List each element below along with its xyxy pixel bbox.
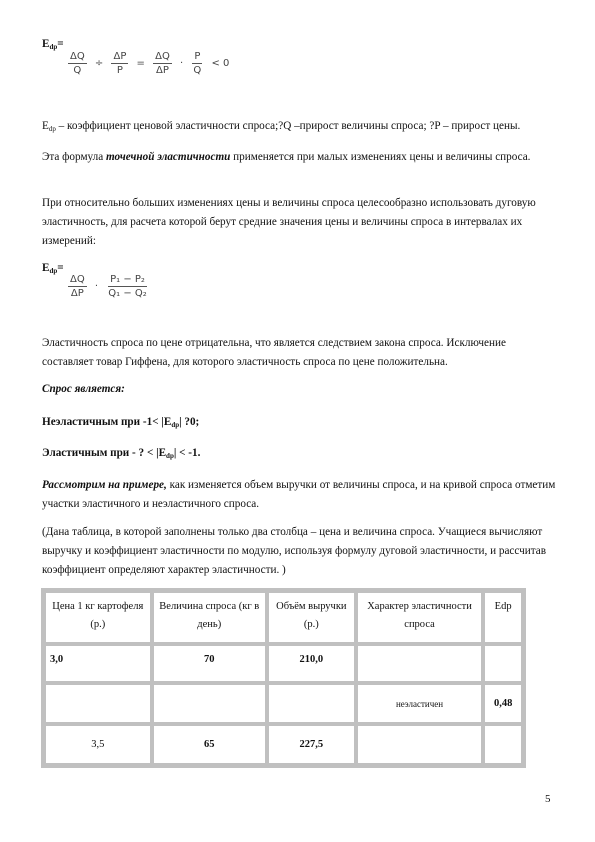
definition-text: Edp – коэффициент ценовой эластичности с…: [42, 117, 557, 136]
arc-elasticity-paragraph: При относительно больших изменениях цены…: [42, 194, 557, 251]
cell-revenue: [267, 683, 356, 724]
formula2-label: Edp=: [42, 262, 64, 274]
cell-elasticity-type: [356, 644, 483, 683]
cell-edp: [483, 644, 523, 683]
demand-is-heading: Спрос является:: [42, 380, 557, 399]
cell-quantity: 65: [152, 724, 267, 765]
teacher-note: (Дана таблица, в которой заполнены тольк…: [42, 523, 557, 580]
formula1-label: Edp=: [42, 38, 64, 50]
example-paragraph: Рассмотрим на примере, как изменяется об…: [42, 476, 557, 514]
point-elasticity-paragraph: Эта формула точечной эластичности примен…: [42, 148, 557, 167]
arc-elasticity-formula: ΔQΔP · P₁ − P₂Q₁ − Q₂: [66, 273, 151, 300]
elasticity-table: Цена 1 кг картофеля (р.) Величина спроса…: [41, 588, 526, 768]
document-page: Edp= ΔQQ ÷ ΔPP = ΔQΔP · PQ < 0 Edp – коэ…: [0, 0, 595, 842]
cell-elasticity-type: [356, 724, 483, 765]
cell-revenue: 227,5: [267, 724, 356, 765]
elastic-condition: Эластичным при - ? < |Edp| < -1.: [42, 444, 557, 463]
negative-elasticity-paragraph: Эластичность спроса по цене отрицательна…: [42, 334, 557, 372]
point-elasticity-formula: ΔQQ ÷ ΔPP = ΔQΔP · PQ < 0: [66, 50, 232, 77]
table-row: 3,0 70 210,0: [44, 644, 523, 683]
table-header-row: Цена 1 кг картофеля (р.) Величина спроса…: [44, 591, 523, 644]
cell-quantity: 70: [152, 644, 267, 683]
header-revenue: Объём выручки (р.): [267, 591, 356, 644]
header-edp: Edp: [483, 591, 523, 644]
inelastic-condition: Неэластичным при -1< |Edp| ?0;: [42, 413, 557, 432]
header-elasticity-type: Характер эластичности спроса: [356, 591, 483, 644]
cell-quantity: [152, 683, 267, 724]
cell-revenue: 210,0: [267, 644, 356, 683]
header-price: Цена 1 кг картофеля (р.): [44, 591, 152, 644]
cell-elasticity-type: неэластичен: [356, 683, 483, 724]
cell-price: 3,5: [44, 724, 152, 765]
cell-price: 3,0: [44, 644, 152, 683]
table-row: неэластичен 0,48: [44, 683, 523, 724]
cell-price: [44, 683, 152, 724]
table-row: 3,5 65 227,5: [44, 724, 523, 765]
cell-edp: 0,48: [483, 683, 523, 724]
header-quantity: Величина спроса (кг в день): [152, 591, 267, 644]
cell-edp: [483, 724, 523, 765]
page-number: 5: [545, 793, 551, 805]
